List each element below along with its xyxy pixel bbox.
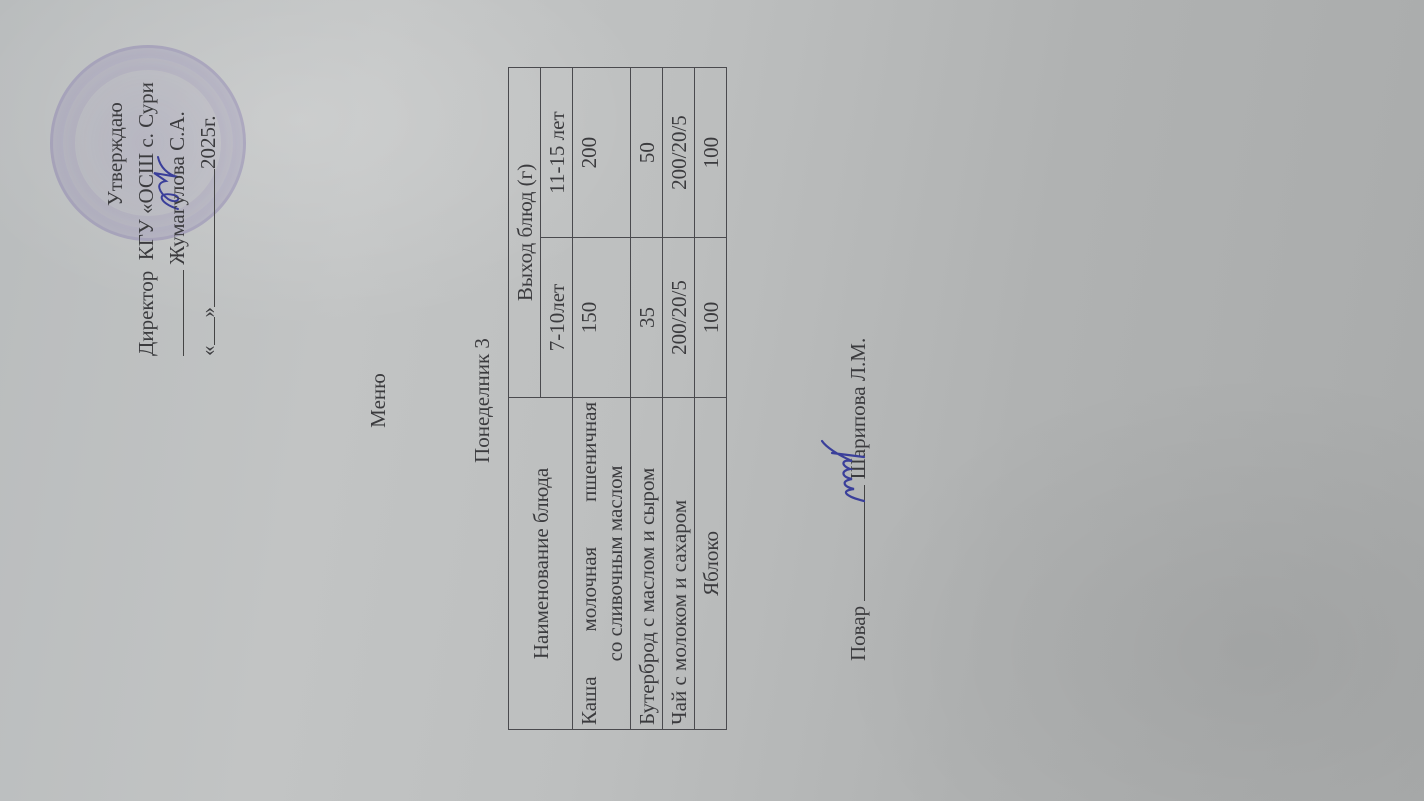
date-close-quote: » [196,307,220,318]
date-open-quote: « [196,346,220,357]
cook-label: Повар [846,606,870,661]
yield-age-11-15: 200 [573,68,631,238]
date-month-blank [214,169,215,307]
dish-name: Бутерброд с маслом и сыром [631,397,663,729]
menu-table: Наименование блюда Выход блюд (г) 7-10ле… [508,67,727,730]
column-header-age-11-15: 11-15 лет [541,68,573,238]
cook-signature-line [844,485,865,601]
yield-age-7-10: 200/20/5 [663,238,695,398]
table-row: Каша молочная пшеничная со сливочным мас… [573,68,631,730]
page-title: Меню [366,0,391,801]
column-header-age-7-10: 7-10лет [541,238,573,398]
column-header-dish: Наименование блюда [509,397,573,729]
dish-name: Чай с молоком и сахаром [663,397,695,729]
organization-name: КГУ «ОСШ с. Сури [134,82,158,260]
table-row: Яблоко 100 100 [695,68,727,730]
yield-age-11-15: 200/20/5 [663,68,695,238]
approval-heading: Утверждаю [100,0,131,356]
cook-signature-icon [818,435,868,505]
document-page: Утверждаю Директор КГУ «ОСШ с. Сури Жума… [0,0,1424,801]
dish-name: Яблоко [695,397,727,729]
yield-age-7-10: 150 [573,238,631,398]
yield-age-11-15: 50 [631,68,663,238]
table-header-row: Наименование блюда Выход блюд (г) [509,68,541,730]
dish-name: Каша молочная пшеничная со сливочным мас… [573,397,631,729]
dish-name-line1: Каша молочная пшеничная [576,402,602,725]
approval-block: Утверждаю Директор КГУ «ОСШ с. Сури Жума… [100,0,224,356]
yield-age-7-10: 100 [695,238,727,398]
date-year: 2025г. [196,116,220,170]
table-row: Чай с молоком и сахаром 200/20/5 200/20/… [663,68,695,730]
column-header-yield: Выход блюд (г) [509,68,541,398]
director-name: Жумагулова С.А. [165,111,189,265]
director-label: Директор [134,271,158,356]
yield-age-11-15: 100 [695,68,727,238]
table-row: Бутерброд с маслом и сыром 35 50 [631,68,663,730]
day-subtitle: Понеделник 3 [470,0,495,801]
date-day-blank [214,318,215,346]
director-signature-line [183,270,184,356]
dish-name-line2: со сливочным маслом [602,402,628,725]
yield-age-7-10: 35 [631,238,663,398]
cook-signature-block: Повар Шарипова Л.М. [844,338,871,661]
